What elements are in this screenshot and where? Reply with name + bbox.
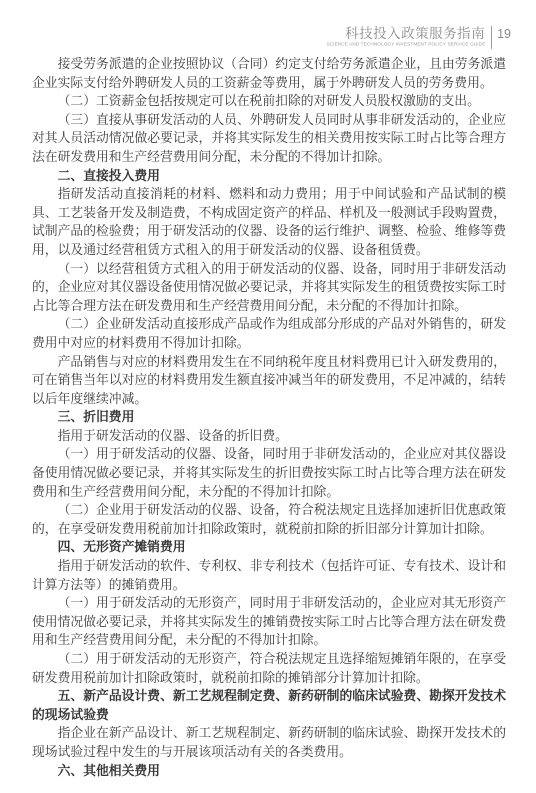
body-paragraph: （三）直接从事研发活动的人员、外聘研发人员同时从事非研发活动的，企业应对其人员活…: [32, 111, 506, 167]
body-paragraph: （一）用于研发活动的仪器、设备，同时用于非研发活动的，企业应对其仪器设备使用情况…: [32, 445, 506, 501]
body-paragraph: 产品销售与对应的材料费用发生在不同纳税年度且材料费用已计入研发费用的，可在销售当…: [32, 353, 506, 409]
section-heading: 二、直接投入费用: [32, 167, 506, 186]
section-heading: 五、新产品设计费、新工艺规程制定费、新药研制的临床试验费、勘探开发技术的现场试验…: [32, 687, 506, 724]
body-paragraph: 指用于研发活动的仪器、设备的折旧费。: [32, 427, 506, 446]
body-paragraph: （一）用于研发活动的无形资产，同时用于非研发活动的，企业应对其无形资产使用情况做…: [32, 594, 506, 650]
header-titles: 科技投入政策服务指南 SCIENCE AND TECHNOLOGY INVEST…: [229, 26, 485, 49]
body-paragraph: 指企业在新产品设计、新工艺规程制定、新药研制的临床试验、勘探开发技术的现场试验过…: [32, 724, 506, 761]
page-number: 19: [497, 26, 511, 42]
section-heading: 四、无形资产摊销费用: [32, 538, 506, 557]
document-body: 接受劳务派遣的企业按照协议（合同）约定支付给劳务派遣企业，且由劳务派遣企业实际支…: [32, 55, 506, 780]
body-paragraph: 接受劳务派遣的企业按照协议（合同）约定支付给劳务派遣企业，且由劳务派遣企业实际支…: [32, 55, 506, 92]
doc-title-english: SCIENCE AND TECHNOLOGY INVESTMENT POLICY…: [326, 42, 485, 46]
section-heading: 六、其他相关费用: [32, 762, 506, 781]
body-paragraph: （二）用于研发活动的无形资产，符合税法规定且选择缩短摊销年限的，在享受研发费用税…: [32, 650, 506, 687]
document-page: { "header": { "title_cn": "科技投入政策服务指南", …: [0, 0, 536, 793]
doc-title-chinese: 科技投入政策服务指南: [345, 26, 485, 41]
body-paragraph: 指用于研发活动的软件、专利权、非专利技术（包括许可证、专有技术、设计和计算方法等…: [32, 557, 506, 594]
body-paragraph: （一）以经营租赁方式租入的用于研发活动的仪器、设备，同时用于非研发活动的，企业应…: [32, 260, 506, 316]
header-divider: [491, 26, 492, 49]
body-paragraph: （二）企业用于研发活动的仪器、设备，符合税法规定且选择加速折旧优惠政策的，在享受…: [32, 501, 506, 538]
section-heading: 三、折旧费用: [32, 408, 506, 427]
body-paragraph: 指研发活动直接消耗的材料、燃料和动力费用；用于中间试验和产品试制的模具、工艺装备…: [32, 185, 506, 259]
body-paragraph: （二）企业研发活动直接形成产品或作为组成部分形成的产品对外销售的，研发费用中对应…: [32, 315, 506, 352]
page-header: 科技投入政策服务指南 SCIENCE AND TECHNOLOGY INVEST…: [229, 26, 511, 49]
body-paragraph: （二）工资薪金包括按规定可以在税前扣除的对研发人员股权激励的支出。: [32, 92, 506, 111]
